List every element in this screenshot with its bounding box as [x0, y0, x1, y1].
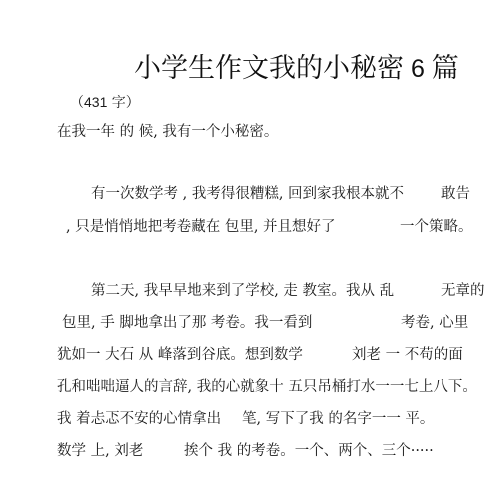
text-line-segment: 一个策略。: [400, 218, 473, 236]
title-text: 小学生作文我的小秘密: [134, 53, 404, 84]
text-line-segment: 挨个 我 的考卷。一个、两个、三个·····: [184, 442, 434, 460]
text-line-segment: 刘老 一 不苟的面: [352, 346, 463, 364]
document-title: 小学生作文我的小秘密 6 篇: [134, 53, 459, 85]
word-count-number: 431: [84, 94, 107, 110]
text-line-segment: 孔和咄咄逼人的言辞, 我的心就象十 五只吊桶打水一一七上八下。: [57, 378, 477, 396]
text-line-segment: 有一次数学考 , 我考得很糟糕, 回到家我根本就不: [91, 185, 404, 203]
text-line-segment: , 只是悄悄地把考卷藏在 包里, 并且想好了: [66, 218, 336, 236]
text-line-segment: 考卷, 心里: [401, 314, 468, 332]
text-line-segment: 敢告: [441, 185, 470, 203]
word-count-close: 字）: [107, 95, 139, 111]
text-line-segment: 我 着忐忑不安的心情拿出: [57, 410, 221, 428]
text-line-segment: 笔, 写下了我 的名字一一 平。: [242, 410, 434, 428]
text-line-segment: 包里, 手 脚地拿出了那 考卷。我一看到: [62, 314, 312, 332]
text-line-segment: 数学 上, 刘老: [57, 442, 143, 460]
text-line-segment: 第二天, 我早早地来到了学校, 走 教室。我从 乱: [91, 282, 394, 300]
word-count: （431 字）: [70, 92, 140, 112]
document-page: 小学生作文我的小秘密 6 篇 （431 字） 在我一年 的 候, 我有一个小秘密…: [0, 0, 500, 500]
text-line-segment: 犹如一 大石 从 峰落到谷底。想到数学: [57, 346, 303, 364]
title-number: 6: [404, 55, 432, 83]
text-line-segment: 在我一年 的 候, 我有一个小秘密。: [57, 123, 278, 141]
text-line-segment: 无章的: [441, 282, 485, 300]
word-count-open: （: [70, 95, 84, 111]
title-suffix: 篇: [432, 53, 459, 84]
